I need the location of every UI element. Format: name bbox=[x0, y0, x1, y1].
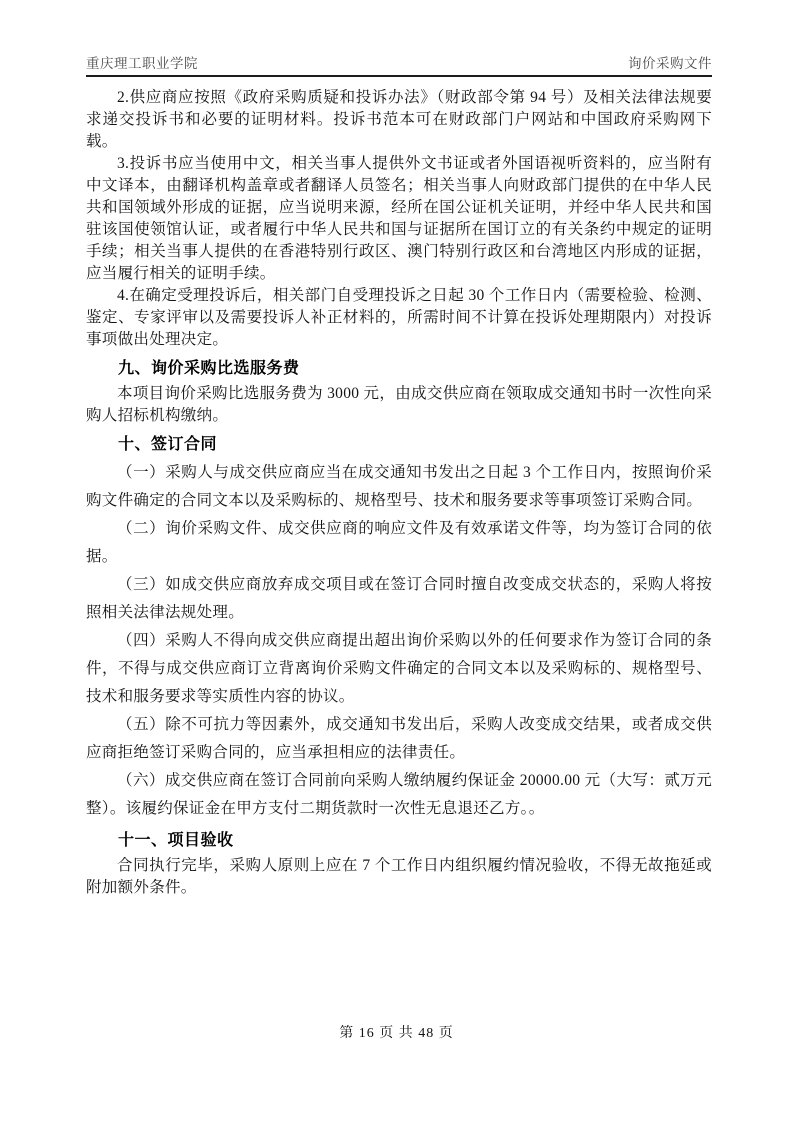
section-heading: 十、签订合同 bbox=[86, 433, 712, 456]
page-header: 重庆理工职业学院 询价采购文件 bbox=[86, 52, 712, 77]
section-heading: 九、询价采购比选服务费 bbox=[86, 357, 712, 380]
paragraph: 3.投诉书应当使用中文，相关当事人提供外文书证或者外国语视听资料的，应当附有中文… bbox=[86, 153, 712, 285]
paragraph: （三）如成交供应商放弃成交项目或在签订合同时擅自改变成交状态的，采购人将按照相关… bbox=[86, 571, 712, 627]
paragraph: 本项目询价采购比选服务费为 3000 元，由成交供应商在领取成交通知书时一次性向… bbox=[86, 383, 712, 427]
header-institution-name: 重庆理工职业学院 bbox=[86, 52, 198, 72]
paragraph: 合同执行完毕，采购人原则上应在 7 个工作日内组织履约情况验收，不得无故拖延或附… bbox=[86, 855, 712, 899]
section-heading: 十一、项目验收 bbox=[86, 829, 712, 852]
paragraph: 2.供应商应按照《政府采购质疑和投诉办法》（财政部令第 94 号）及相关法律法规… bbox=[86, 87, 712, 153]
paragraph: （六）成交供应商在签订合同前向采购人缴纳履约保证金 20000.00 元（大写：… bbox=[86, 767, 712, 823]
document-page: { "header": { "left": "重庆理工职业学院", "right… bbox=[0, 0, 793, 1122]
page-number: 第 16 页 共 48 页 bbox=[0, 1022, 793, 1042]
document-body: 2.供应商应按照《政府采购质疑和投诉办法》（财政部令第 94 号）及相关法律法规… bbox=[86, 87, 712, 899]
paragraph: （四）采购人不得向成交供应商提出超出询价采购以外的任何要求作为签订合同的条件，不… bbox=[86, 627, 712, 711]
paragraph: 4.在确定受理投诉后，相关部门自受理投诉之日起 30 个工作日内（需要检验、检测… bbox=[86, 285, 712, 351]
paragraph: （五）除不可抗力等因素外，成交通知书发出后，采购人改变成交结果，或者成交供应商拒… bbox=[86, 711, 712, 767]
paragraph: （一）采购人与成交供应商应当在成交通知书发出之日起 3 个工作日内，按照询价采购… bbox=[86, 459, 712, 515]
header-document-type: 询价采购文件 bbox=[628, 52, 712, 72]
paragraph: （二）询价采购文件、成交供应商的响应文件及有效承诺文件等，均为签订合同的依据。 bbox=[86, 515, 712, 571]
